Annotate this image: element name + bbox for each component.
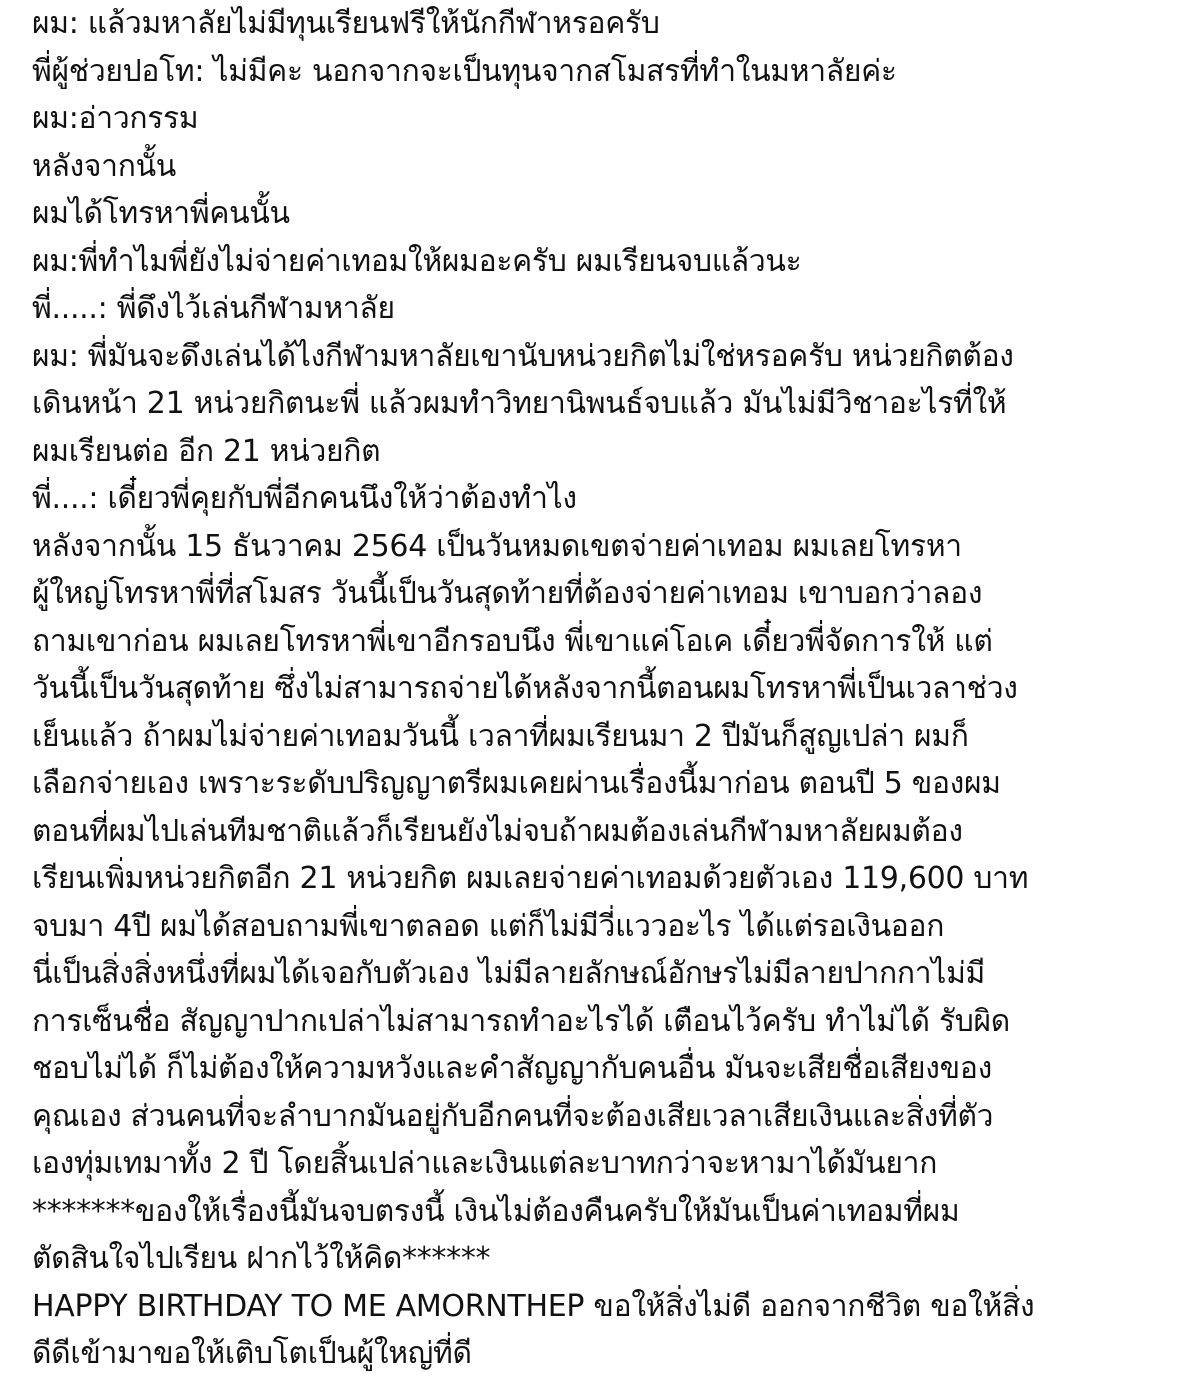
text-line: ถามเขาก่อน ผมเลยโทรหาพี่เขาอีกรอบนึง พี่… [32, 618, 1182, 666]
text-line: วันนี้เป็นวันสุดท้าย ซึ่งไม่สามารถจ่ายได… [32, 665, 1182, 713]
text-line: คุณเอง ส่วนคนที่จะลำบากมันอยู่กับอีกคนที… [32, 1093, 1182, 1141]
text-line: เย็นแล้ว ถ้าผมไม่จ่ายค่าเทอมวันนี้ เวลาท… [32, 713, 1182, 761]
text-line: นี่เป็นสิ่งสิ่งหนึ่งที่ผมได้เจอกับตัวเอง… [32, 950, 1182, 998]
text-line: พี่ผู้ช่วยปอโท: ไม่มีคะ นอกจากจะเป็นทุนจ… [32, 48, 1182, 96]
text-line: ผม:พี่ทำไมพี่ยังไม่จ่ายค่าเทอมให้ผมอะครั… [32, 238, 1182, 286]
text-line: จบมา 4ปี ผมได้สอบถามพี่เขาตลอด แต่ก็ไม่ม… [32, 903, 1182, 951]
text-line: ตัดสินใจไปเรียน ฝากไว้ให้คิด****** [32, 1235, 1182, 1283]
text-line: หลังจากนั้น 15 ธันวาคม 2564 เป็นวันหมดเข… [32, 523, 1182, 571]
text-line: เรียนเพิ่มหน่วยกิตอีก 21 หน่วยกิต ผมเลยจ… [32, 855, 1182, 903]
text-line: การเซ็นชื่อ สัญญาปากเปล่าไม่สามารถทำอะไร… [32, 998, 1182, 1046]
text-line: ดีดีเข้ามาขอให้เติบโตเป็นผู้ใหญ่ที่ดี [32, 1330, 1182, 1378]
text-line: ผมเรียนต่อ อีก 21 หน่วยกิต [32, 428, 1182, 476]
text-line: พี่....: เดี๋ยวพี่คุยกับพี่อีกคนนึงให้ว่… [32, 475, 1182, 523]
text-line: ชอบไม่ได้ ก็ไม่ต้องให้ความหวังและคำสัญญา… [32, 1045, 1182, 1093]
text-line: ตอนที่ผมไปเล่นทีมชาติแล้วก็เรียนยังไม่จบ… [32, 808, 1182, 856]
text-line: ผู้ใหญ่โทรหาพี่ที่สโมสร วันนี้เป็นวันสุด… [32, 570, 1182, 618]
text-line: เองทุ่มเทมาทั้ง 2 ปี โดยสิ้นเปล่าและเงิน… [32, 1140, 1182, 1188]
text-line: ผมได้โทรหาพี่คนนั้น [32, 190, 1182, 238]
text-line: หลังจากนั้น [32, 143, 1182, 191]
text-line: เดินหน้า 21 หน่วยกิตนะพี่ แล้วผมทำวิทยาน… [32, 380, 1182, 428]
text-line: พี่.....: พี่ดึงไว้เล่นกีฬามหาลัย [32, 285, 1182, 333]
text-line: *******ของให้เรื่องนี้มันจบตรงนี้ เงินไม… [32, 1188, 1182, 1236]
text-line: ผม: แล้วมหาลัยไม่มีทุนเรียนฟรีให้นักกีฬา… [32, 0, 1182, 48]
post-body: ผม: แล้วมหาลัยไม่มีทุนเรียนฟรีให้นักกีฬา… [32, 0, 1182, 1378]
text-line: ผม: พี่มันจะดึงเล่นได้ไงกีฬามหาลัยเขานับ… [32, 333, 1182, 381]
text-line: ผม:อ่าวกรรม [32, 95, 1182, 143]
text-line: เลือกจ่ายเอง เพราะระดับปริญญาตรีผมเคยผ่า… [32, 760, 1182, 808]
text-line: HAPPY BIRTHDAY TO ME AMORNTHEP ขอให้สิ่ง… [32, 1283, 1182, 1331]
